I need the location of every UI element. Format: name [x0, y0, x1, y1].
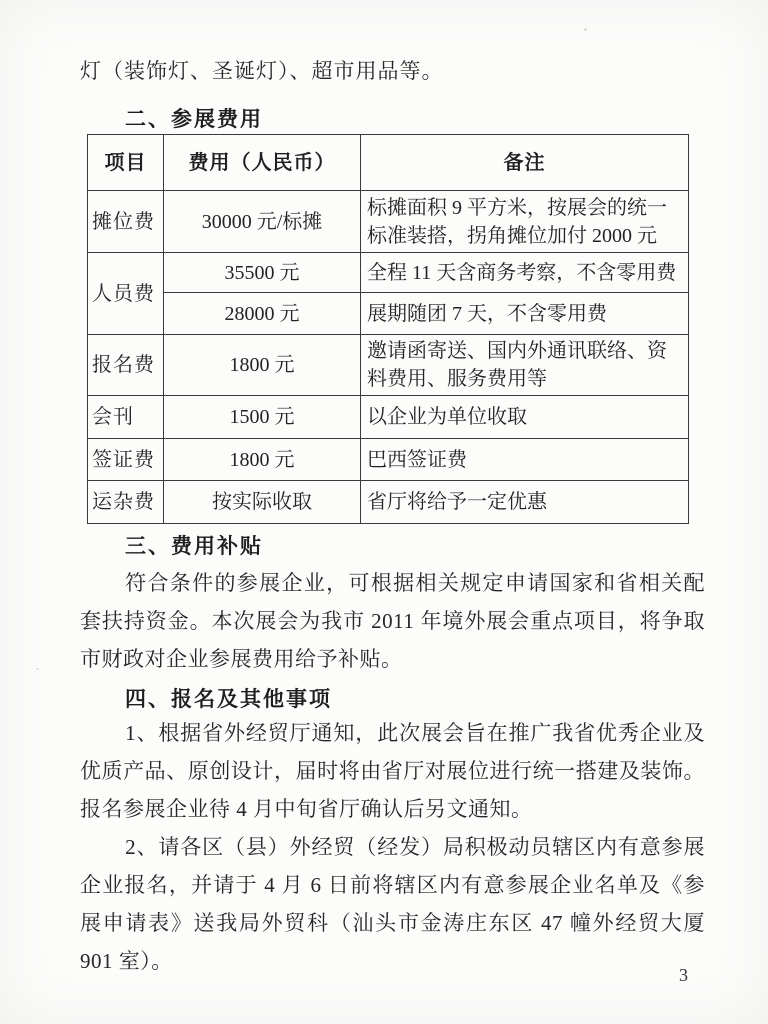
- cell-fee: 28000 元: [164, 293, 361, 335]
- column-header-fee: 费用（人民币）: [164, 135, 361, 191]
- section-heading-subsidy: 三、费用补贴: [125, 534, 705, 560]
- cell-note: 全程 11 天含商务考察，不含零用费: [361, 253, 689, 293]
- cell-fee: 30000 元/标摊: [164, 191, 361, 253]
- table-row-journal-fee: 会刊 1500 元 以企业为单位收取: [88, 396, 689, 439]
- table-row-freight-fee: 运杂费 按实际收取 省厅将给予一定优惠: [88, 481, 689, 524]
- scan-speck: [417, 838, 419, 840]
- cell-item: 报名费: [88, 335, 164, 396]
- cell-fee: 按实际收取: [164, 481, 361, 524]
- cell-item-merged: 人员费: [88, 253, 164, 335]
- cell-fee: 1800 元: [164, 439, 361, 481]
- registration-paragraph-1: 1、根据省外经贸厅通知，此次展会旨在推广我省优秀企业及优质产品、原创设计，届时将…: [80, 714, 705, 828]
- table-row-staff-fee-a: 人员费 35500 元 全程 11 天含商务考察，不含零用费: [88, 253, 689, 293]
- column-header-note: 备注: [361, 135, 689, 191]
- cell-note: 标摊面积 9 平方米，按展会的统一标准装搭，拐角摊位加付 2000 元: [361, 191, 689, 253]
- section-heading-registration: 四、报名及其他事项: [125, 687, 705, 713]
- cell-fee: 1800 元: [164, 335, 361, 396]
- table-row-visa-fee: 签证费 1800 元 巴西签证费: [88, 439, 689, 481]
- page-number: 3: [679, 965, 688, 986]
- cell-item: 会刊: [88, 396, 164, 439]
- document-page: 灯（装饰灯、圣诞灯）、超市用品等。 二、参展费用 项目 费用（人民币） 备注 摊…: [0, 0, 768, 1024]
- scan-speck: [506, 200, 508, 203]
- cell-note: 以企业为单位收取: [361, 396, 689, 439]
- cell-note: 邀请函寄送、国内外通讯联络、资料费用、服务费用等: [361, 335, 689, 396]
- scan-speck: [36, 668, 39, 670]
- cell-fee: 1500 元: [164, 396, 361, 439]
- column-header-item: 项目: [88, 135, 164, 191]
- fee-table: 项目 费用（人民币） 备注 摊位费 30000 元/标摊 标摊面积 9 平方米，…: [87, 134, 689, 524]
- table-row-booth-fee: 摊位费 30000 元/标摊 标摊面积 9 平方米，按展会的统一标准装搭，拐角摊…: [88, 191, 689, 253]
- cell-item: 摊位费: [88, 191, 164, 253]
- scan-speck: [584, 28, 587, 31]
- cell-note: 省厅将给予一定优惠: [361, 481, 689, 524]
- section-heading-fees: 二、参展费用: [125, 106, 705, 134]
- cell-item: 运杂费: [88, 481, 164, 524]
- cell-note: 巴西签证费: [361, 439, 689, 481]
- table-row-staff-fee-b: 28000 元 展期随团 7 天，不含零用费: [88, 293, 689, 335]
- cell-fee: 35500 元: [164, 253, 361, 293]
- cell-item: 签证费: [88, 439, 164, 481]
- table-row-registration-fee: 报名费 1800 元 邀请函寄送、国内外通讯联络、资料费用、服务费用等: [88, 335, 689, 396]
- fee-table-header-row: 项目 费用（人民币） 备注: [88, 135, 689, 191]
- subsidy-paragraph: 符合条件的参展企业，可根据相关规定申请国家和省相关配套扶持资金。本次展会为我市 …: [80, 564, 705, 678]
- intro-line: 灯（装饰灯、圣诞灯）、超市用品等。: [80, 58, 705, 84]
- registration-paragraph-2: 2、请各区（县）外经贸（经发）局积极动员辖区内有意参展企业报名，并请于 4 月 …: [80, 828, 705, 980]
- cell-note: 展期随团 7 天，不含零用费: [361, 293, 689, 335]
